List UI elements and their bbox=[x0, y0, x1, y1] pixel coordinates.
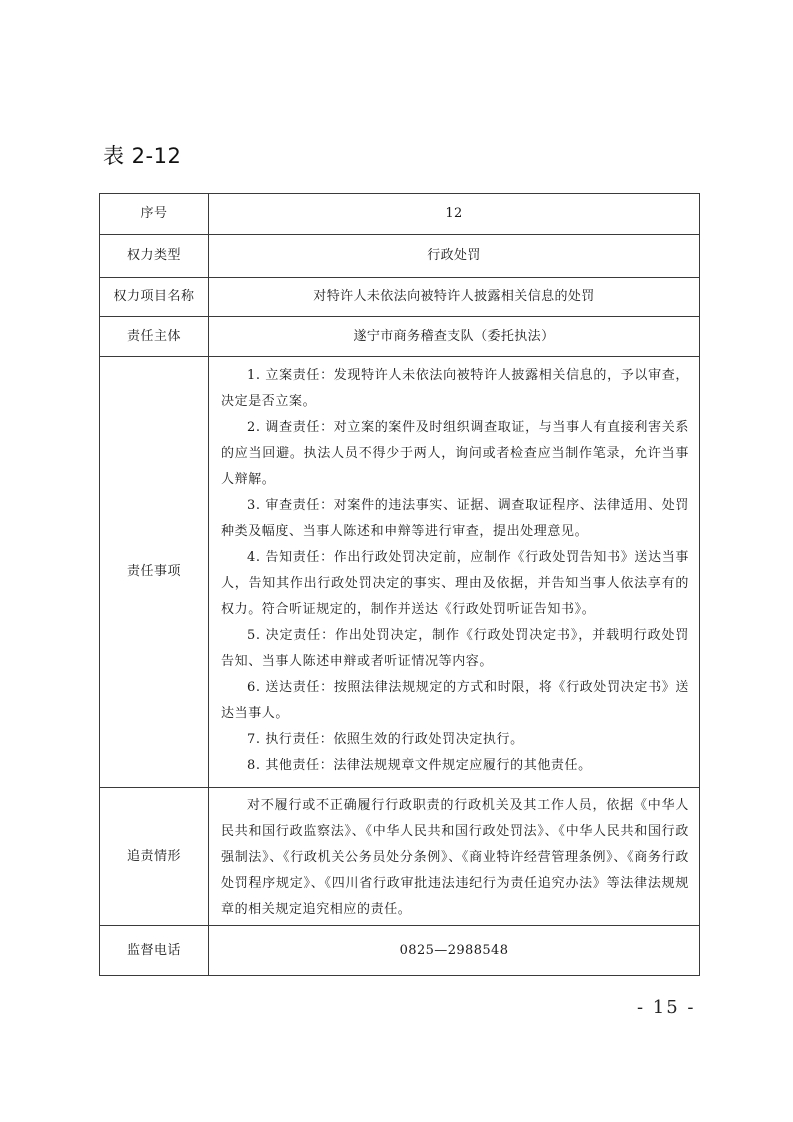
responsibility-item-7: 7. 执行责任：依照生效的行政处罚决定执行。 bbox=[221, 727, 689, 753]
responsibility-item-1: 1. 立案责任：发现特许人未依法向被特许人披露相关信息的，予以审查，决定是否立案… bbox=[221, 363, 689, 415]
table-row-responsible-subject: 责任主体 遂宁市商务稽查支队（委托执法） bbox=[100, 317, 700, 357]
responsibility-item-6: 6. 送达责任：按照法律法规规定的方式和时限，将《行政处罚决定书》送达当事人。 bbox=[221, 675, 689, 727]
accountability-text: 对不履行或不正确履行行政职责的行政机关及其工作人员，依据《中华人民共和国行政监察… bbox=[221, 793, 689, 923]
table-row-accountability: 追责情形 对不履行或不正确履行行政职责的行政机关及其工作人员，依据《中华人民共和… bbox=[100, 788, 700, 926]
responsibility-item-4: 4. 告知责任：作出行政处罚决定前，应制作《行政处罚告知书》送达当事人，告知其作… bbox=[221, 545, 689, 623]
responsibility-item-2: 2. 调查责任：对立案的案件及时组织调查取证，与当事人有直接利害关系的应当回避。… bbox=[221, 415, 689, 493]
power-item-name-label: 权力项目名称 bbox=[100, 278, 209, 317]
power-item-name-value: 对特许人未依法向被特许人披露相关信息的处罚 bbox=[209, 278, 700, 317]
seq-value: 12 bbox=[209, 194, 700, 235]
responsibility-item-8: 8. 其他责任：法律法规规章文件规定应履行的其他责任。 bbox=[221, 753, 689, 779]
table-title: 表 2-12 bbox=[103, 140, 181, 170]
responsibility-table: 序号 12 权力类型 行政处罚 权力项目名称 对特许人未依法向被特许人披露相关信… bbox=[99, 193, 700, 976]
responsibility-item-3: 3. 审查责任：对案件的违法事实、证据、调查取证程序、法律适用、处罚种类及幅度、… bbox=[221, 493, 689, 545]
power-type-value: 行政处罚 bbox=[209, 235, 700, 278]
responsibility-items-label: 责任事项 bbox=[100, 357, 209, 788]
table-row-supervision-phone: 监督电话 0825—2988548 bbox=[100, 926, 700, 976]
table-row-power-item-name: 权力项目名称 对特许人未依法向被特许人披露相关信息的处罚 bbox=[100, 278, 700, 317]
table-row-seq: 序号 12 bbox=[100, 194, 700, 235]
supervision-phone-label: 监督电话 bbox=[100, 926, 209, 976]
table-row-responsibility-items: 责任事项 1. 立案责任：发现特许人未依法向被特许人披露相关信息的，予以审查，决… bbox=[100, 357, 700, 788]
supervision-phone-value: 0825—2988548 bbox=[209, 926, 700, 976]
responsible-subject-value: 遂宁市商务稽查支队（委托执法） bbox=[209, 317, 700, 357]
accountability-content: 对不履行或不正确履行行政职责的行政机关及其工作人员，依据《中华人民共和国行政监察… bbox=[209, 788, 700, 926]
table-row-power-type: 权力类型 行政处罚 bbox=[100, 235, 700, 278]
responsible-subject-label: 责任主体 bbox=[100, 317, 209, 357]
responsibility-items-content: 1. 立案责任：发现特许人未依法向被特许人披露相关信息的，予以审查，决定是否立案… bbox=[209, 357, 700, 788]
power-type-label: 权力类型 bbox=[100, 235, 209, 278]
accountability-label: 追责情形 bbox=[100, 788, 209, 926]
responsibility-item-5: 5. 决定责任：作出处罚决定，制作《行政处罚决定书》，并载明行政处罚告知、当事人… bbox=[221, 623, 689, 675]
seq-label: 序号 bbox=[100, 194, 209, 235]
page-number: - 15 - bbox=[637, 997, 696, 1018]
